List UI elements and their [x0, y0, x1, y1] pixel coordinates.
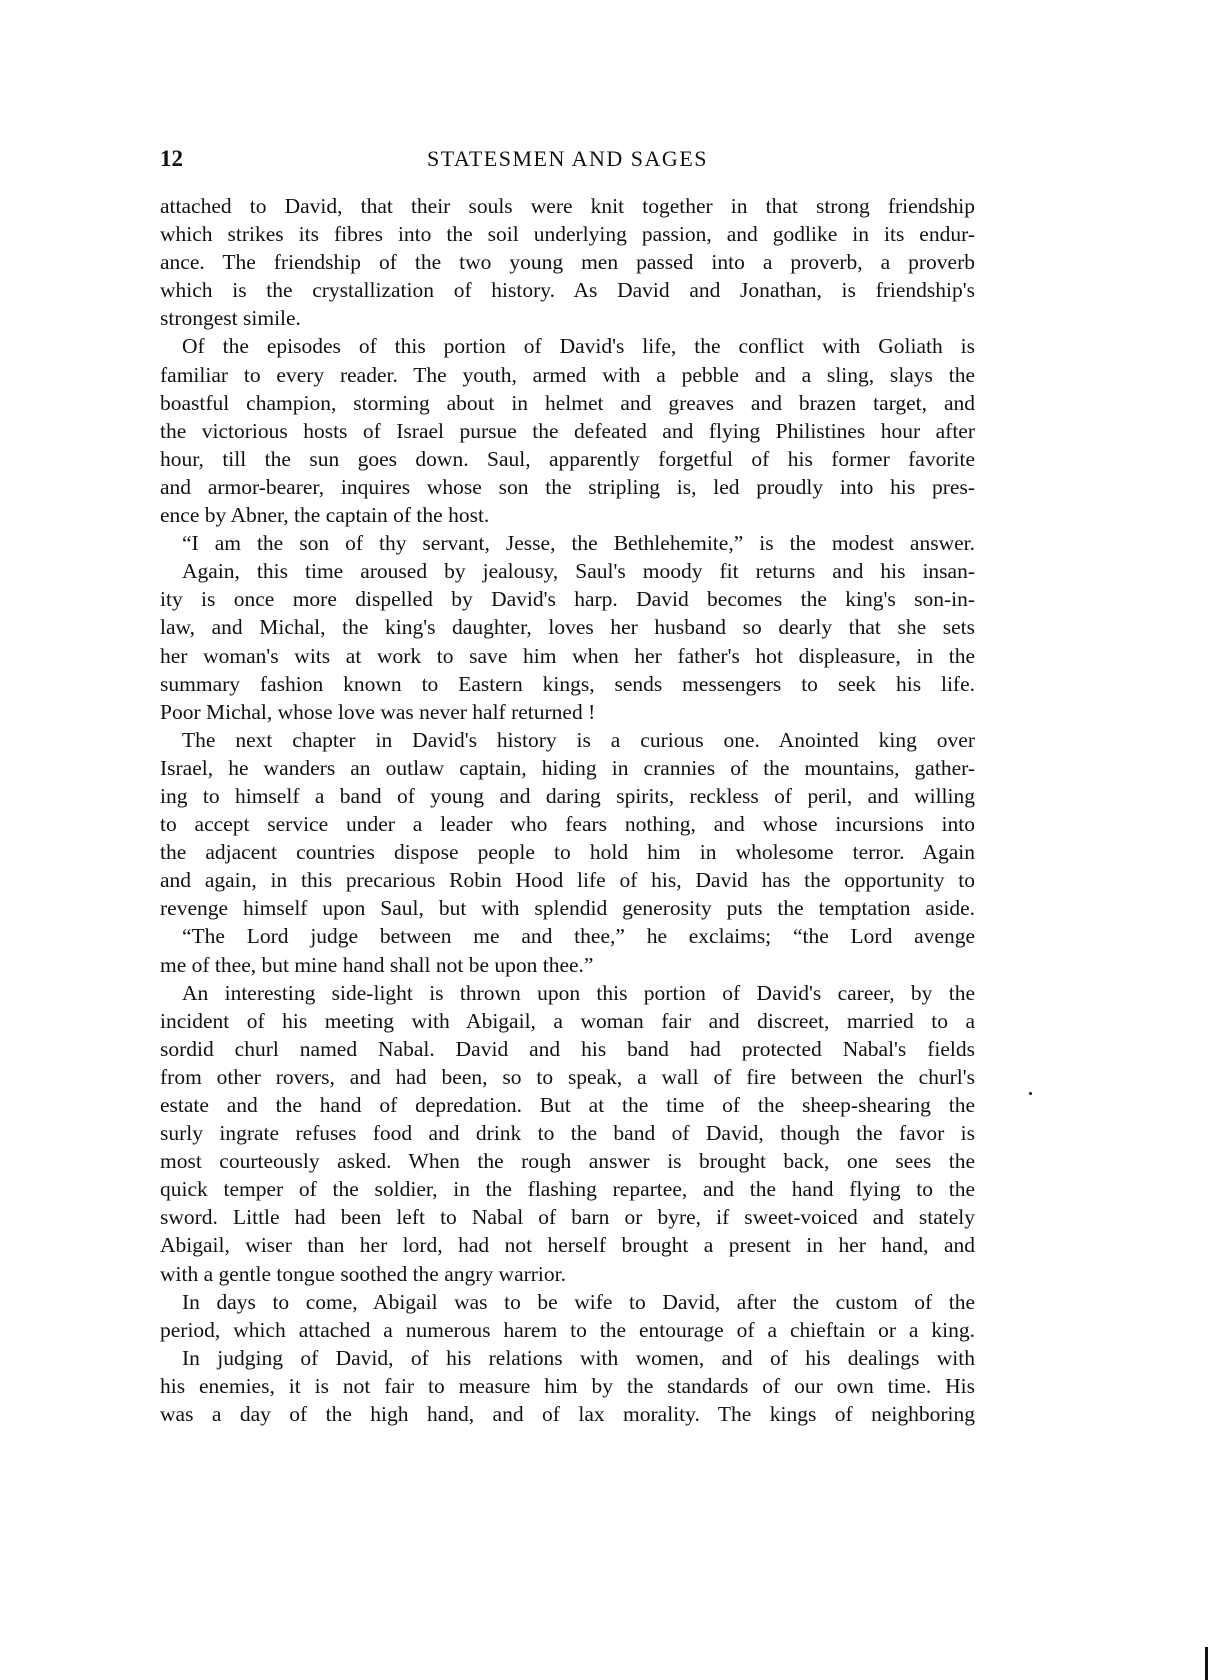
text-line: the adjacent countries dispose people to… [160, 838, 975, 866]
text-line: ity is once more dispelled by David's ha… [160, 585, 975, 613]
text-line: ence by Abner, the captain of the host. [160, 501, 975, 529]
text-line: period, which attached a numerous harem … [160, 1316, 975, 1344]
text-line: boastful champion, storming about in hel… [160, 389, 975, 417]
text-line: me of thee, but mine hand shall not be u… [160, 951, 975, 979]
text-line: “I am the son of thy servant, Jesse, the… [160, 529, 975, 557]
text-line: hour, till the sun goes down. Saul, appa… [160, 445, 975, 473]
body-text: attached to David, that their souls were… [160, 192, 975, 1428]
text-line: sordid churl named Nabal. David and his … [160, 1035, 975, 1063]
text-line: his enemies, it is not fair to measure h… [160, 1372, 975, 1400]
scan-speck [1029, 1092, 1032, 1095]
text-line: An interesting side-light is thrown upon… [160, 979, 975, 1007]
text-line: strongest simile. [160, 304, 975, 332]
text-line: was a day of the high hand, and of lax m… [160, 1400, 975, 1428]
text-line: Abigail, wiser than her lord, had not he… [160, 1231, 975, 1259]
text-line: In judging of David, of his relations wi… [160, 1344, 975, 1372]
text-line: with a gentle tongue soothed the angry w… [160, 1260, 975, 1288]
text-line: the victorious hosts of Israel pursue th… [160, 417, 975, 445]
text-line: law, and Michal, the king's daughter, lo… [160, 613, 975, 641]
text-line: most courteously asked. When the rough a… [160, 1147, 975, 1175]
text-line: Israel, he wanders an outlaw captain, hi… [160, 754, 975, 782]
text-line: sword. Little had been left to Nabal of … [160, 1203, 975, 1231]
text-line: ing to himself a band of young and darin… [160, 782, 975, 810]
text-line: and armor-bearer, inquires whose son the… [160, 473, 975, 501]
text-line: incident of his meeting with Abigail, a … [160, 1007, 975, 1035]
text-line: The next chapter in David's history is a… [160, 726, 975, 754]
running-header: 12 STATESMEN AND SAGES [160, 146, 975, 178]
book-page: 12 STATESMEN AND SAGES attached to David… [0, 0, 1209, 1680]
text-line: familiar to every reader. The youth, arm… [160, 361, 975, 389]
text-line: to accept service under a leader who fea… [160, 810, 975, 838]
text-line: which strikes its fibres into the soil u… [160, 220, 975, 248]
text-line: which is the crystallization of history.… [160, 276, 975, 304]
text-line: attached to David, that their souls were… [160, 192, 975, 220]
text-line: estate and the hand of depredation. But … [160, 1091, 975, 1119]
text-line: Again, this time aroused by jealousy, Sa… [160, 557, 975, 585]
text-line: from other rovers, and had been, so to s… [160, 1063, 975, 1091]
text-line: In days to come, Abigail was to be wife … [160, 1288, 975, 1316]
text-line: surly ingrate refuses food and drink to … [160, 1119, 975, 1147]
text-line: and again, in this precarious Robin Hood… [160, 866, 975, 894]
text-line: her woman's wits at work to save him whe… [160, 642, 975, 670]
text-line: quick temper of the soldier, in the flas… [160, 1175, 975, 1203]
text-line: ance. The friendship of the two young me… [160, 248, 975, 276]
text-line: summary fashion known to Eastern kings, … [160, 670, 975, 698]
text-line: revenge himself upon Saul, but with sple… [160, 894, 975, 922]
text-line: Of the episodes of this portion of David… [160, 332, 975, 360]
scan-edge-mark [1205, 1647, 1208, 1680]
running-title: STATESMEN AND SAGES [160, 146, 975, 172]
text-line: Poor Michal, whose love was never half r… [160, 698, 975, 726]
text-line: “The Lord judge between me and thee,” he… [160, 922, 975, 950]
